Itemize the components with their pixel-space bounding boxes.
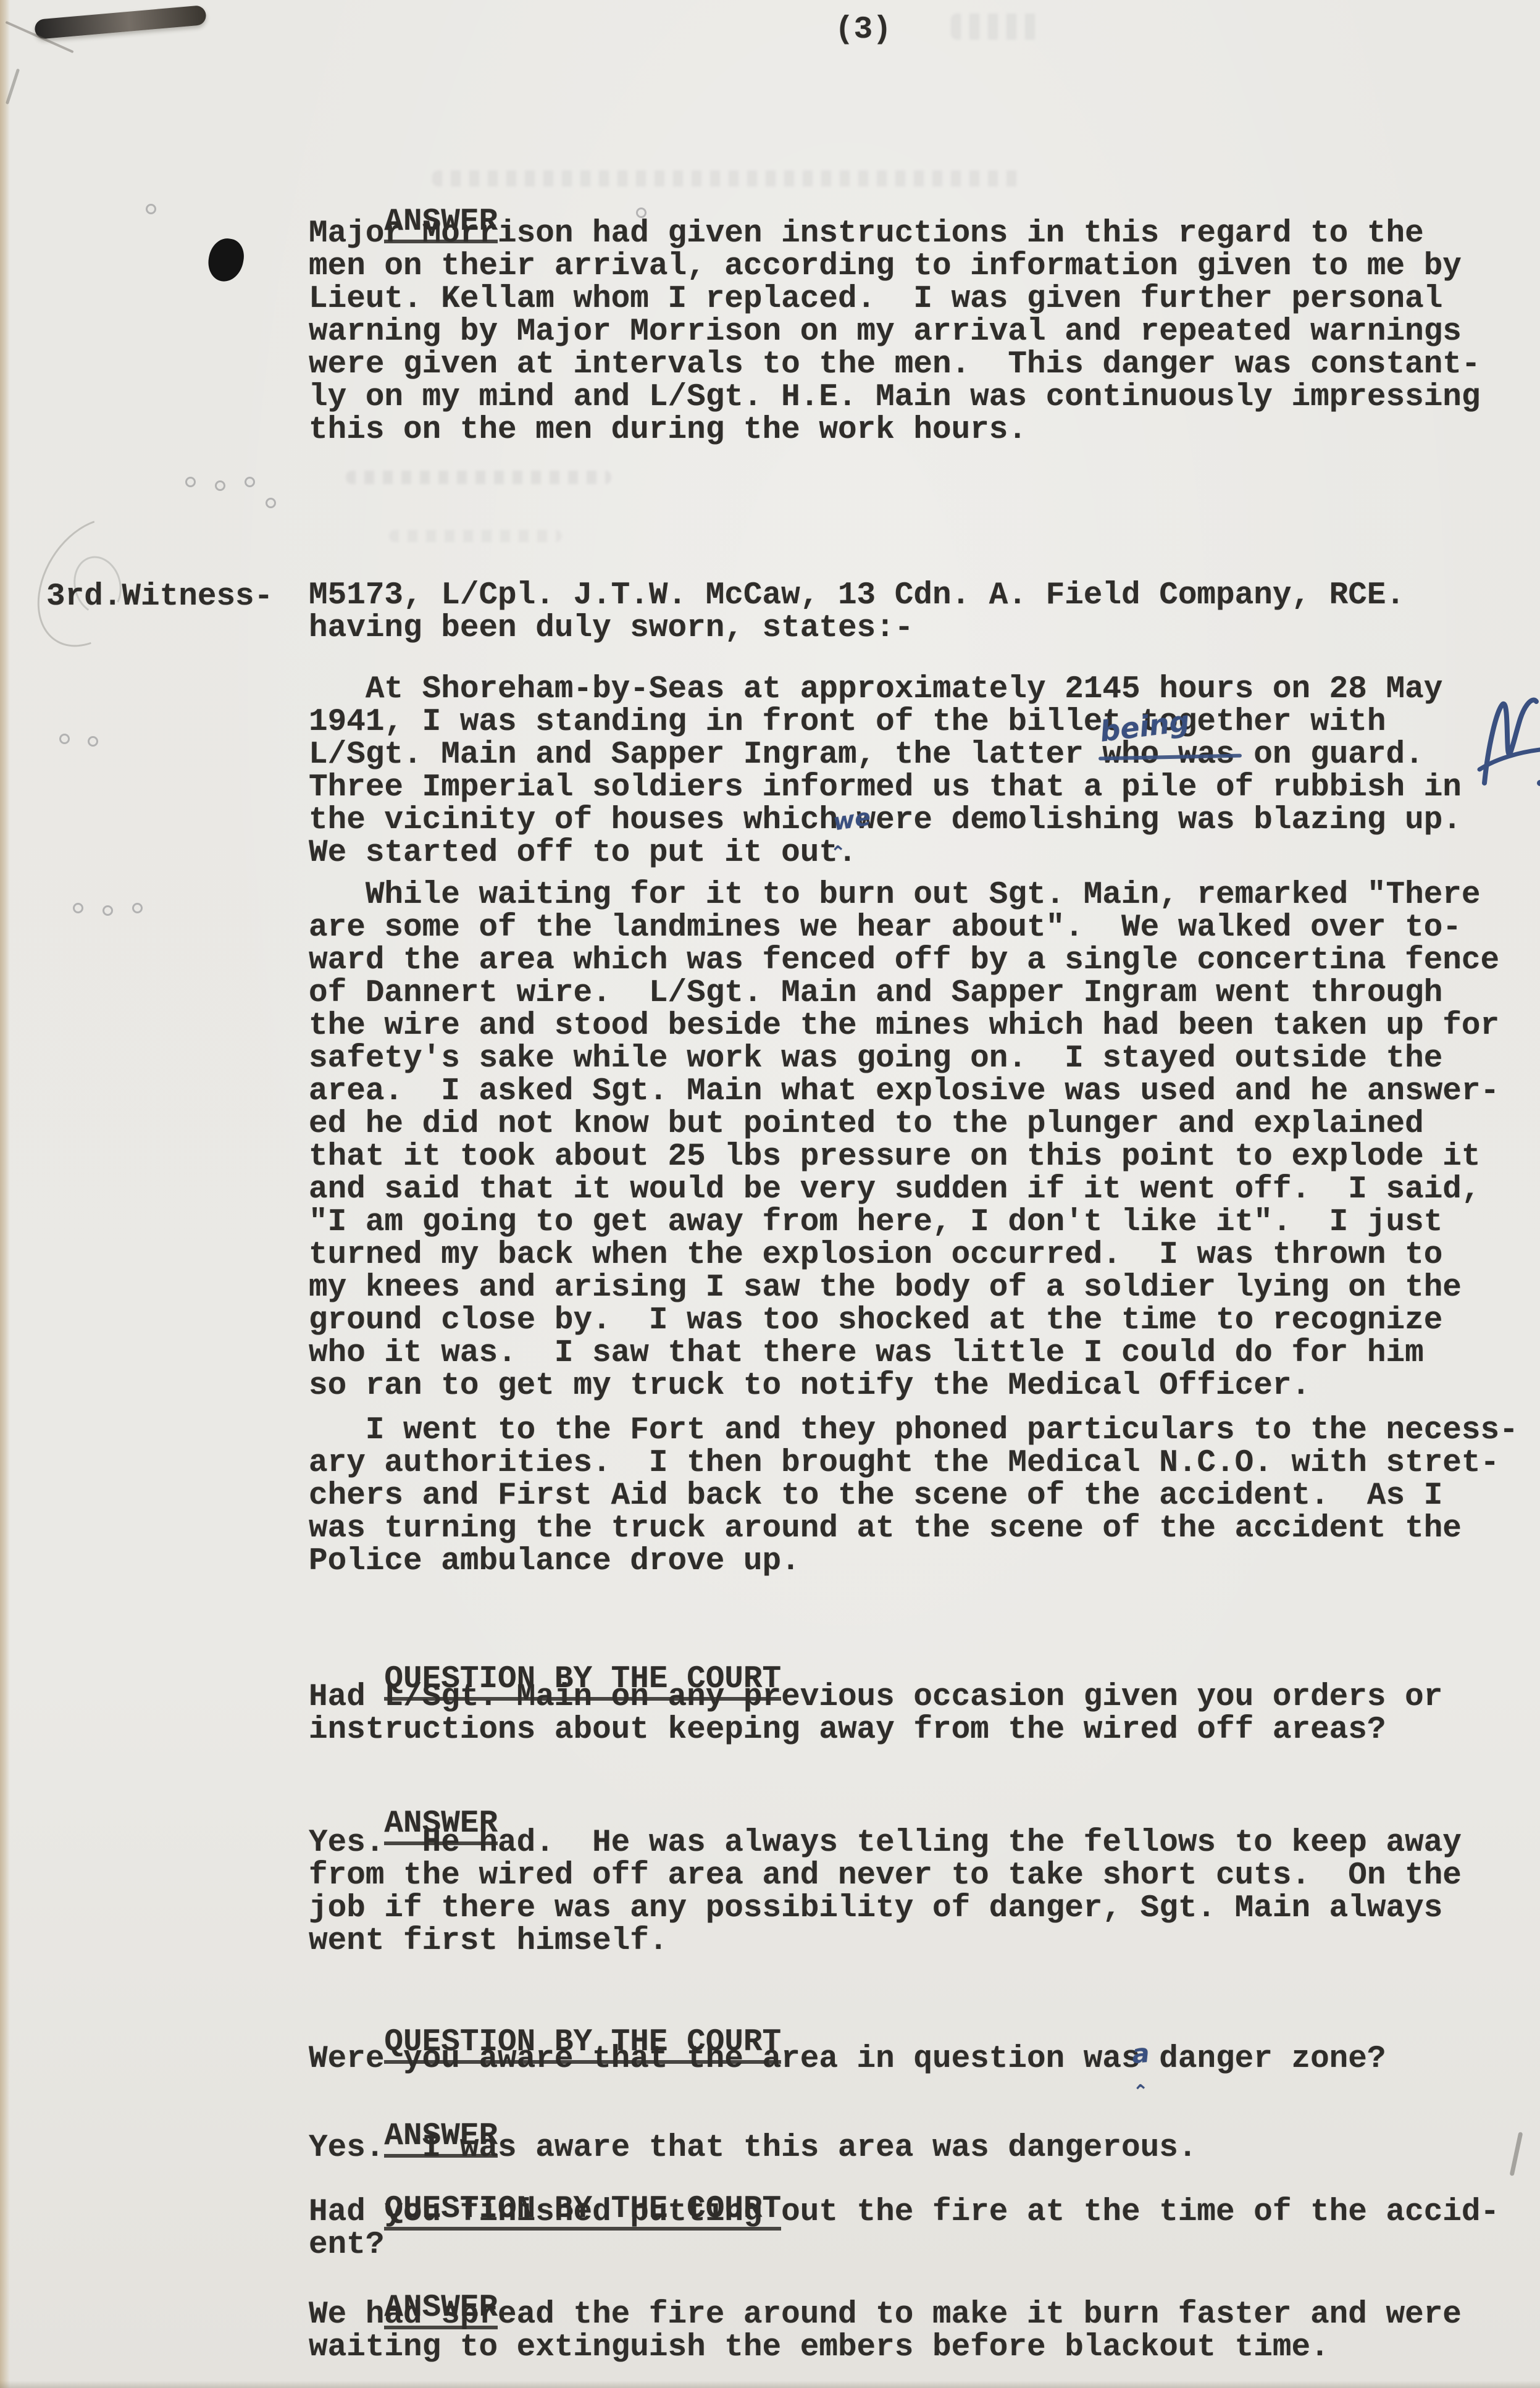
text-line: Lieut. Kellam whom I replaced. I was giv… bbox=[309, 283, 1481, 316]
text-line: from the wired off area and never to tak… bbox=[309, 1859, 1462, 1892]
ink-speck bbox=[132, 903, 143, 913]
caret-mark: ⌃ bbox=[829, 836, 847, 870]
text-line: that it took about 25 lbs pressure on th… bbox=[309, 1141, 1499, 1173]
scanned-document-page: (3) ANSWER Major Morrison had given inst… bbox=[0, 0, 1540, 2388]
text-line: ward the area which was fenced off by a … bbox=[309, 944, 1499, 977]
ink-speck bbox=[215, 480, 225, 491]
text-line: ed he did not know but pointed to the pl… bbox=[309, 1108, 1499, 1141]
text-line: Major Morrison had given instructions in… bbox=[309, 217, 1481, 250]
pencil-mark bbox=[1510, 2132, 1523, 2176]
bleed-through-text bbox=[389, 530, 562, 542]
text-line: the wire and stood beside the mines whic… bbox=[309, 1010, 1499, 1042]
ink-initials-mark bbox=[1476, 690, 1540, 795]
text-line: instructions about keeping away from the… bbox=[309, 1714, 1442, 1746]
text-line: who it was. I saw that there was little … bbox=[309, 1337, 1499, 1370]
bleed-through-text bbox=[346, 471, 611, 484]
ink-speck bbox=[146, 204, 156, 214]
bleed-through-smudge bbox=[951, 14, 1044, 40]
text-line: went first himself. bbox=[309, 1925, 1462, 1958]
text-line: At Shoreham-by-Seas at approximately 214… bbox=[309, 673, 1462, 706]
answer-1: Yes. He had. He was always telling the f… bbox=[309, 1827, 1462, 1958]
text-line: area. I asked Sgt. Main what explosive w… bbox=[309, 1075, 1499, 1108]
testimony-paragraph-3: I went to the Fort and they phoned parti… bbox=[309, 1414, 1518, 1578]
text-line: M5173, L/Cpl. J.T.W. McCaw, 13 Cdn. A. F… bbox=[309, 579, 1405, 612]
question-2: Were you aware that the area in question… bbox=[309, 2043, 1386, 2076]
testimony-paragraph-1: At Shoreham-by-Seas at approximately 214… bbox=[309, 673, 1462, 869]
paper-edge-shadow bbox=[0, 2381, 1540, 2388]
text-line: waiting to extinguish the embers before … bbox=[309, 2331, 1462, 2364]
ink-speck bbox=[245, 477, 255, 487]
text-line: was turning the truck around at the scen… bbox=[309, 1512, 1518, 1545]
hole-punch-dot bbox=[205, 236, 246, 285]
paper-edge bbox=[0, 0, 10, 2388]
text-line: this on the men during the work hours. bbox=[309, 414, 1481, 446]
staple-mark bbox=[34, 5, 207, 40]
testimony-paragraph-2: While waiting for it to burn out Sgt. Ma… bbox=[309, 879, 1499, 1402]
ink-speck bbox=[185, 477, 196, 487]
text-line: ent? bbox=[309, 2229, 1499, 2261]
answer-3: We had spread the fire around to make it… bbox=[309, 2298, 1462, 2364]
text-line: "I am going to get away from here, I don… bbox=[309, 1206, 1499, 1239]
text-line: ly on my mind and L/Sgt. H.E. Main was c… bbox=[309, 381, 1481, 414]
text-line: are some of the landmines we hear about"… bbox=[309, 911, 1499, 944]
text-line-with-correction: L/Sgt. Main and Sapper Ingram, the latte… bbox=[309, 739, 1462, 771]
bleed-through-text bbox=[432, 170, 1025, 186]
witness-label: 3rd.Witness- bbox=[46, 580, 273, 613]
page-number: (3) bbox=[835, 14, 892, 46]
text-line: We had spread the fire around to make it… bbox=[309, 2298, 1462, 2331]
text-line: men on their arrival, according to infor… bbox=[309, 250, 1481, 283]
ink-speck bbox=[73, 903, 83, 913]
question-1: Had L/Sgt. Main on any previous occasion… bbox=[309, 1681, 1442, 1746]
text-line: so ran to get my truck to notify the Med… bbox=[309, 1370, 1499, 1402]
text-line: and said that it would be very sudden if… bbox=[309, 1173, 1499, 1206]
text-line: While waiting for it to burn out Sgt. Ma… bbox=[309, 879, 1499, 911]
question-3: Had you finished putting out the fire at… bbox=[309, 2196, 1499, 2261]
text-line: ary authorities. I then brought the Medi… bbox=[309, 1447, 1518, 1480]
text-line: my knees and arising I saw the body of a… bbox=[309, 1272, 1499, 1304]
ink-speck bbox=[59, 734, 70, 744]
pen-insertion-a: a bbox=[1130, 2037, 1150, 2071]
text-line: chers and First Aid back to the scene of… bbox=[309, 1480, 1518, 1512]
text-line: ground close by. I was too shocked at th… bbox=[309, 1304, 1499, 1337]
text-line: turned my back when the explosion occurr… bbox=[309, 1239, 1499, 1272]
witness-intro: M5173, L/Cpl. J.T.W. McCaw, 13 Cdn. A. F… bbox=[309, 579, 1405, 645]
text-line: safety's sake while work was going on. I… bbox=[309, 1042, 1499, 1075]
text-line: warning by Major Morrison on my arrival … bbox=[309, 316, 1481, 348]
text-line: Yes. He had. He was always telling the f… bbox=[309, 1827, 1462, 1859]
text-line: of Dannert wire. L/Sgt. Main and Sapper … bbox=[309, 977, 1499, 1010]
text-line: Three Imperial soldiers informed us that… bbox=[309, 771, 1462, 804]
answer-morrison-paragraph: Major Morrison had given instructions in… bbox=[309, 217, 1481, 446]
text-line: Had L/Sgt. Main on any previous occasion… bbox=[309, 1681, 1442, 1714]
text-line: We started off to put it out. bbox=[309, 837, 1462, 869]
text-line: Had you finished putting out the fire at… bbox=[309, 2196, 1499, 2229]
caret-mark: ⌃ bbox=[1132, 2075, 1150, 2109]
text-line-with-correction: the vicinity of houses whichwe⌃ were dem… bbox=[309, 804, 1462, 837]
text-line: I went to the Fort and they phoned parti… bbox=[309, 1414, 1518, 1447]
text-line: were given at intervals to the men. This… bbox=[309, 348, 1481, 381]
struck-words: who wasbeing bbox=[1102, 739, 1234, 771]
ink-speck bbox=[266, 498, 276, 508]
ink-speck bbox=[103, 905, 113, 916]
ink-speck bbox=[88, 736, 98, 747]
text-line: having been duly sworn, states:- bbox=[309, 612, 1405, 645]
text-line: Police ambulance drove up. bbox=[309, 1545, 1518, 1578]
text-line: job if there was any possibility of dang… bbox=[309, 1892, 1462, 1925]
text-line: 1941, I was standing in front of the bil… bbox=[309, 706, 1462, 739]
pen-insertion-we: we bbox=[831, 801, 873, 839]
